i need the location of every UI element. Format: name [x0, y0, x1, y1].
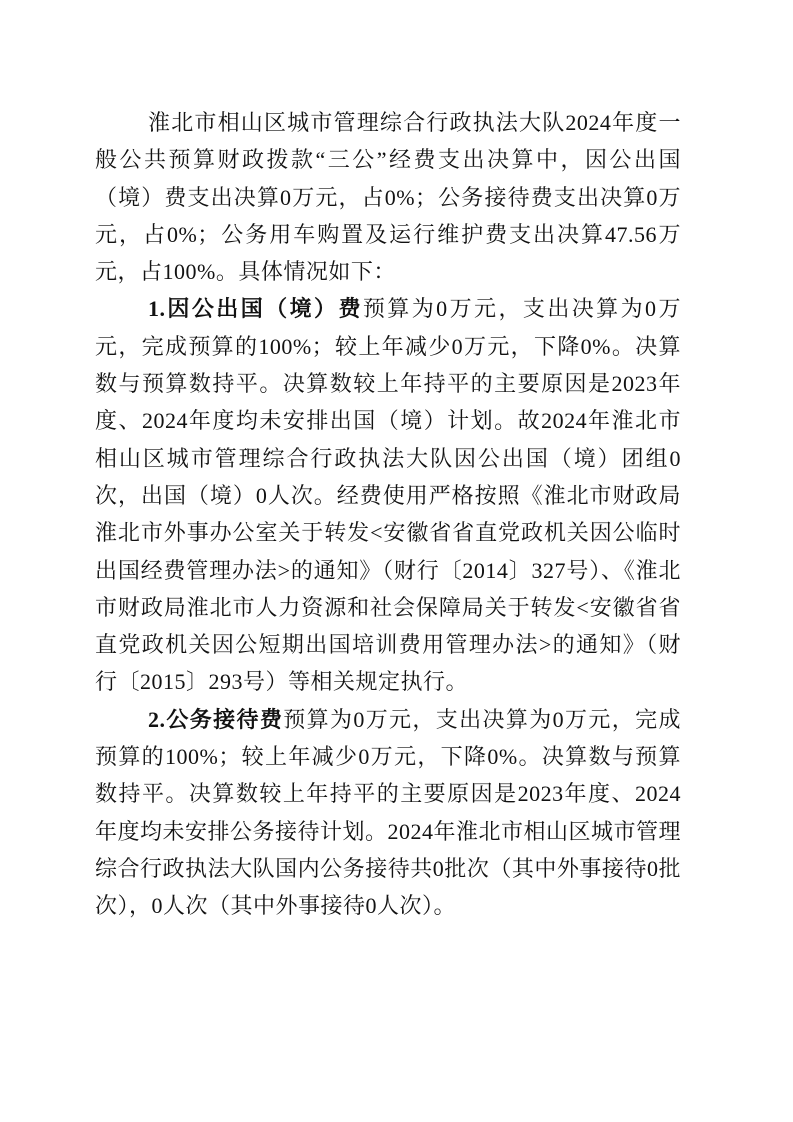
paragraph-item-1-text: 预算为0万元，支出决算为0万元，完成预算的100%；较上年减少0万元，下降0%。…: [95, 296, 681, 694]
document-body: 淮北市相山区城市管理综合行政执法大队2024年度一般公共预算财政拨款“三公”经费…: [95, 104, 681, 925]
paragraph-item-1-heading: 1.因公出国（境）费: [148, 296, 363, 321]
document-page: 淮北市相山区城市管理综合行政执法大队2024年度一般公共预算财政拨款“三公”经费…: [0, 0, 793, 1122]
paragraph-item-2: 2.公务接待费预算为0万元，支出决算为0万元，完成预算的100%；较上年减少0万…: [95, 701, 681, 925]
paragraph-item-2-text: 预算为0万元，支出决算为0万元，完成预算的100%；较上年减少0万元，下降0%。…: [95, 707, 681, 918]
paragraph-item-2-heading: 2.公务接待费: [148, 707, 283, 732]
paragraph-overview-text: 淮北市相山区城市管理综合行政执法大队2024年度一般公共预算财政拨款“三公”经费…: [95, 110, 681, 284]
paragraph-item-1: 1.因公出国（境）费预算为0万元，支出决算为0万元，完成预算的100%；较上年减…: [95, 290, 681, 700]
paragraph-overview: 淮北市相山区城市管理综合行政执法大队2024年度一般公共预算财政拨款“三公”经费…: [95, 104, 681, 290]
